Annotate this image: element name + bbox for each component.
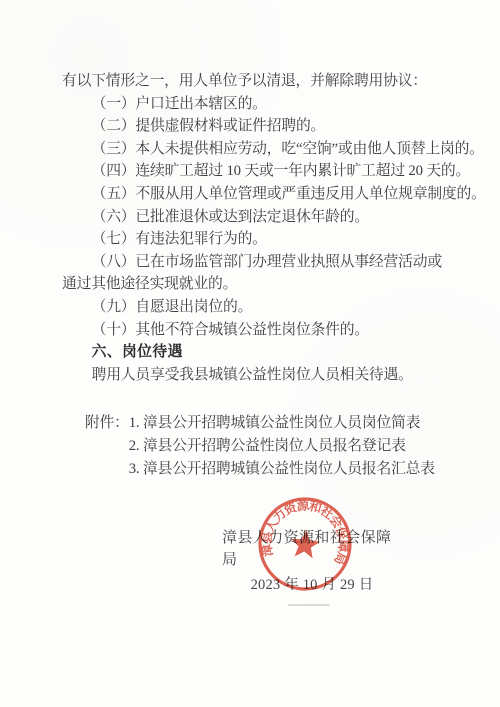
attachment-item-1: 1. 漳县公开招聘城镇公益性岗位人员岗位简表 xyxy=(129,412,435,435)
list-item-3: （三）本人未提供相应劳动，吃“空饷”或由他人顶替上岗的。 xyxy=(62,138,454,161)
official-seal: 漳县人力资源和社会保障局 xyxy=(250,489,360,599)
list-item-1: （一）户口迁出本辖区的。 xyxy=(62,93,454,116)
attachments-list: 1. 漳县公开招聘城镇公益性岗位人员岗位简表 2. 漳县公开招聘公益性岗位人员报… xyxy=(129,412,435,481)
list-item-5: （五）不服从用人单位管理或严重违反用人单位规章制度的。 xyxy=(62,183,454,206)
scan-smudge xyxy=(288,604,330,606)
list-item-2: （二）提供虚假材料或证件招聘的。 xyxy=(62,115,454,138)
attachment-item-3: 3. 漳县公开招聘城镇公益性岗位人员报名汇总表 xyxy=(129,458,435,481)
section-paragraph: 聘用人员享受我县城镇公益性岗位人员相关待遇。 xyxy=(62,364,454,387)
seal-star-icon xyxy=(289,528,321,559)
list-item-6: （六）已批准退休或达到法定退休年龄的。 xyxy=(62,206,454,229)
list-item-9: （九）自愿退出岗位的。 xyxy=(62,296,454,319)
scanned-document-page: 有以下情形之一，用人单位予以清退，并解除聘用协议： （一）户口迁出本辖区的。 （… xyxy=(0,0,500,707)
document-body: 有以下情形之一，用人单位予以清退，并解除聘用协议： （一）户口迁出本辖区的。 （… xyxy=(62,70,454,481)
attachment-item-2: 2. 漳县公开招聘公益性岗位人员报名登记表 xyxy=(129,435,435,458)
list-item-8: （八）已在市场监管部门办理营业执照从事经营活动或通过其他途径实现就业的。 xyxy=(62,251,454,296)
attachments-block: 附件： 1. 漳县公开招聘城镇公益性岗位人员岗位简表 2. 漳县公开招聘公益性岗… xyxy=(62,412,454,481)
attachments-label: 附件： xyxy=(62,412,129,481)
list-item-7: （七）有违法犯罪行为的。 xyxy=(62,228,454,251)
list-item-10: （十）其他不符合城镇公益性岗位条件的。 xyxy=(62,319,454,342)
list-item-4: （四）连续旷工超过 10 天或一年内累计旷工超过 20 天的。 xyxy=(62,160,454,183)
section-heading: 六、岗位待遇 xyxy=(62,341,454,364)
intro-paragraph: 有以下情形之一，用人单位予以清退，并解除聘用协议： xyxy=(62,70,454,93)
